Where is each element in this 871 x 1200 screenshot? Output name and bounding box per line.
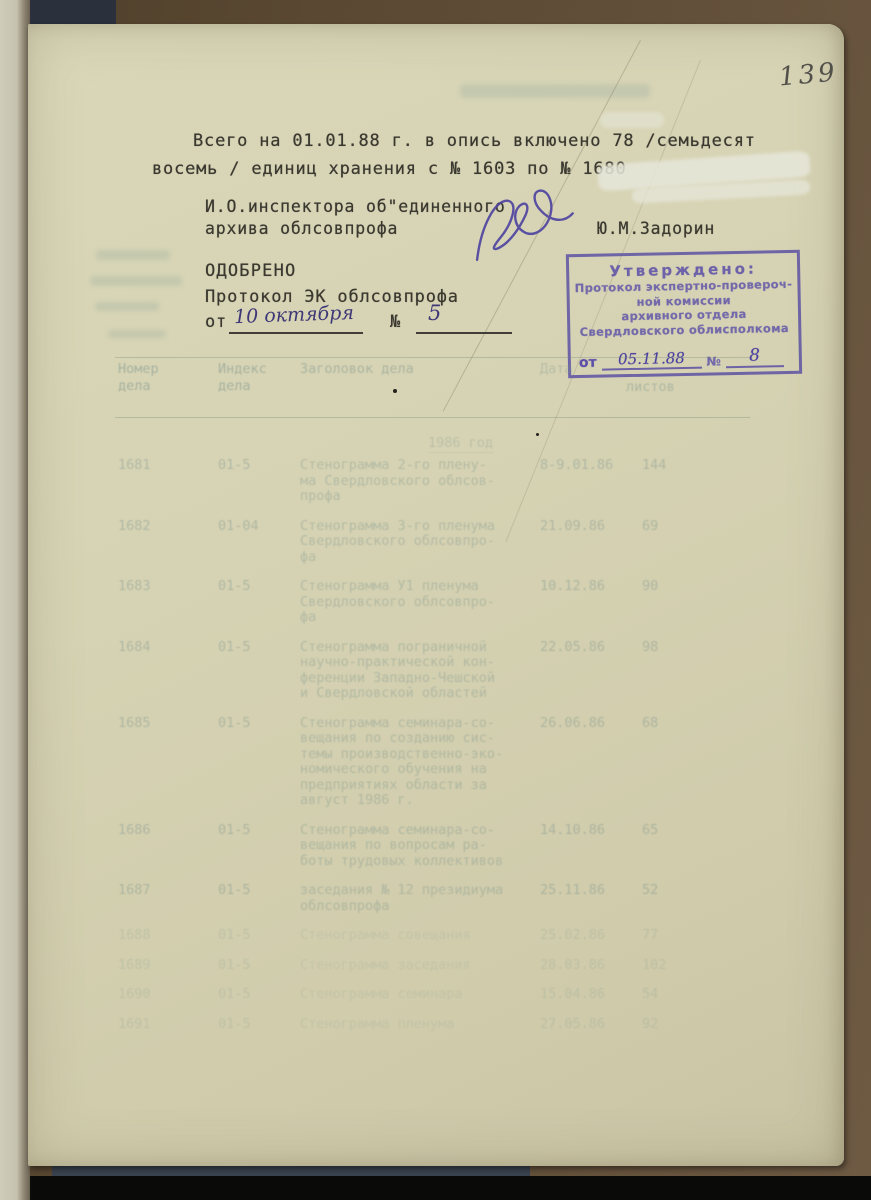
whiteout-patch (600, 112, 664, 128)
faded-row-index: 01-5 (218, 640, 300, 702)
faded-row-pages: 52 (642, 883, 690, 914)
faded-row-number: 1682 (118, 519, 218, 566)
faded-row-number: 1689 (118, 958, 218, 974)
faded-header-num2: дела (118, 378, 151, 394)
faded-row-date: 21.09.86 (540, 519, 642, 566)
stamp-line: Свердловского облисполкома (570, 320, 798, 339)
faded-row-number: 1686 (118, 823, 218, 870)
bleedthrough-smudge (460, 84, 650, 98)
signatory-name: Ю.М.Задорин (597, 219, 715, 238)
faded-row-date: 28.03.86 (540, 958, 642, 974)
faded-row-number: 1681 (118, 458, 218, 505)
bleedthrough-smudge (90, 276, 182, 286)
faded-row-pages: 68 (642, 716, 690, 809)
faded-header-idx: Индекс (218, 361, 267, 377)
faded-row-index: 01-5 (218, 1017, 300, 1033)
summary-line-1: Всего на 01.01.88 г. в опись включено 78… (193, 131, 756, 151)
faded-table-rule (115, 417, 750, 418)
faded-row-date: 27.05.86 (540, 1017, 642, 1033)
faded-row-date: 25.11.86 (540, 883, 642, 914)
faded-row-title: Стенограмма семинара-со-вещания по созда… (300, 716, 540, 809)
approval-number-handwritten: 5 (428, 301, 441, 325)
shadow-bottom (0, 1176, 871, 1200)
faded-row-pages: 77 (642, 928, 690, 944)
faded-row-title: Стенограмма семинара (300, 987, 540, 1003)
faded-row-pages: 54 (642, 987, 690, 1003)
faded-row-title: заседания № 12 президиумаоблсовпрофа (300, 883, 540, 914)
stamp-date-handwritten: 05.11.88 (618, 349, 685, 368)
stamp-date-underline: 05.11.88 (601, 349, 701, 371)
faded-row-pages: 69 (642, 519, 690, 566)
faded-row-date: 26.06.86 (540, 716, 642, 809)
faded-row-date: 8-9.01.86 (540, 458, 642, 505)
approval-from-label: от (205, 312, 227, 332)
faded-table-rows: 168101-5Стенограмма 2-го плену-ма Свердл… (118, 458, 708, 1032)
faded-row-pages: 144 (642, 458, 690, 505)
faded-row-index: 01-04 (218, 519, 300, 566)
faded-row-pages: 65 (642, 823, 690, 870)
approval-stamp: Утверждено: Протокол экспертно-провероч-… (566, 250, 802, 378)
faded-row-number: 1688 (118, 928, 218, 944)
faded-row-date: 15.04.86 (540, 987, 642, 1003)
faded-row-pages: 90 (642, 579, 690, 626)
faded-row-index: 01-5 (218, 928, 300, 944)
faded-header-num: Номер (118, 361, 159, 377)
faded-row-title: Стенограмма У1 пленумаСвердловского облс… (300, 579, 540, 626)
faded-row-number: 1683 (118, 579, 218, 626)
faded-row-number: 1685 (118, 716, 218, 809)
faded-row-date: 14.10.86 (540, 823, 642, 870)
faded-row-title: Стенограмма семинара-со-вещания по вопро… (300, 823, 540, 870)
faded-header-date: Дата (540, 361, 573, 377)
faded-row-index: 01-5 (218, 579, 300, 626)
faded-row-title: Стенограмма пленума (300, 1017, 540, 1033)
ink-speck (536, 433, 539, 436)
faded-header-title: Заголовок дела (300, 361, 414, 377)
faded-row-date: 22.05.86 (540, 640, 642, 702)
bleedthrough-smudge (95, 302, 159, 311)
faded-row-date: 25.02.86 (540, 928, 642, 944)
number-underline (416, 332, 512, 334)
faded-row-index: 01-5 (218, 458, 300, 505)
approval-number-label: № (390, 312, 401, 332)
ink-speck (393, 389, 397, 393)
faded-row-index: 01-5 (218, 958, 300, 974)
bleedthrough-smudge (108, 330, 166, 338)
faded-row-title: Стенограмма 2-го плену-ма Свердловского … (300, 458, 540, 505)
stamp-number-handwritten: 8 (749, 346, 760, 366)
bleedthrough-smudge (96, 250, 170, 260)
faded-row-pages: 98 (642, 640, 690, 702)
faded-row-title: Стенограмма пограничнойнаучно-практическ… (300, 640, 540, 702)
faded-row-index: 01-5 (218, 716, 300, 809)
faded-row-pages: 102 (642, 958, 690, 974)
faded-section-heading: 1986 год (428, 435, 493, 453)
faded-row-index: 01-5 (218, 823, 300, 870)
faded-header-pages: листов (626, 379, 675, 395)
faded-row-pages: 92 (642, 1017, 690, 1033)
inspector-title-line-2: архива облсовпрофа (205, 219, 398, 238)
page-edge-stack (0, 0, 30, 1200)
faded-row-number: 1684 (118, 640, 218, 702)
faded-row-title: Стенограмма совещания (300, 928, 540, 944)
faded-row-number: 1691 (118, 1017, 218, 1033)
faded-row-number: 1690 (118, 987, 218, 1003)
approved-heading: ОДОБРЕНО (205, 261, 296, 281)
faded-row-index: 01-5 (218, 987, 300, 1003)
faded-row-date: 10.12.86 (540, 579, 642, 626)
page-number-pencil: 139 (778, 58, 839, 93)
faded-row-index: 01-5 (218, 883, 300, 914)
faded-row-number: 1687 (118, 883, 218, 914)
approval-date-handwritten: 10 октября (234, 302, 355, 328)
faded-row-title: Стенограмма заседания (300, 958, 540, 974)
faded-header-idx2: дела (218, 378, 251, 394)
date-underline (229, 332, 363, 334)
faded-table-rule (115, 357, 750, 358)
faded-row-title: Стенограмма 3-го пленумаСвердловского об… (300, 519, 540, 566)
